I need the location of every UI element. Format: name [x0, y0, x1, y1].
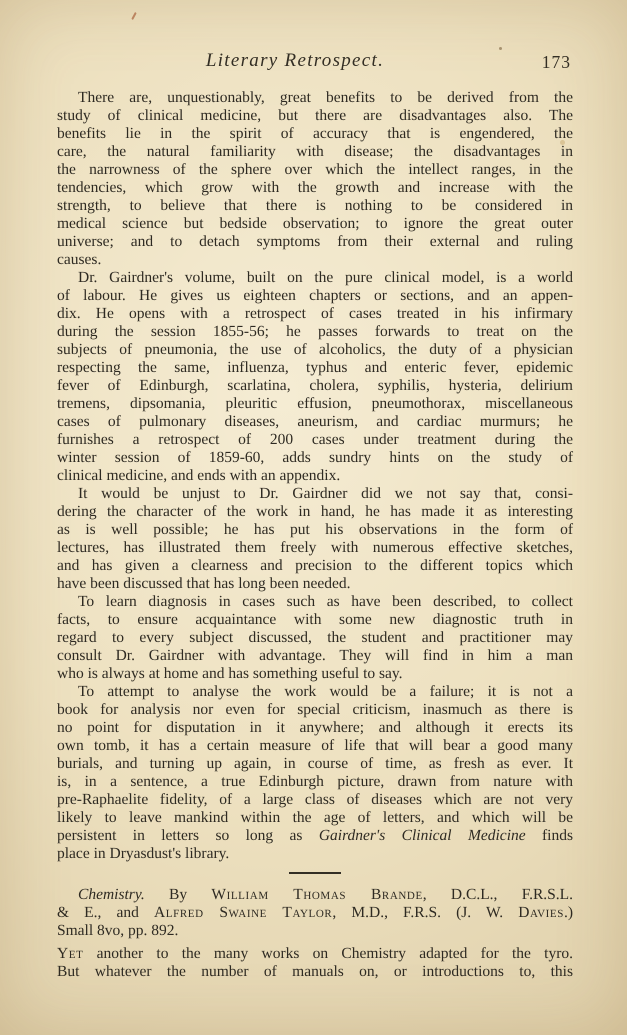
text-line: book for analysis nor even for special c… — [57, 701, 573, 719]
text-segment: causes. — [57, 251, 101, 268]
text-segment: study of clinical medicine, but there ar… — [57, 107, 573, 124]
text-line: as is well possible; he has put his obse… — [57, 521, 573, 539]
text-line: medical science but bedside observation;… — [57, 215, 573, 233]
text-line: universe; and to detach symptoms from th… — [57, 233, 573, 251]
text-line: & E., and Alfred Swaine Taylor, M.D., F.… — [57, 904, 573, 922]
text-segment: tendencies, which grow with the growth a… — [57, 179, 573, 196]
text-line: dix. He opens with a retrospect of cases… — [57, 305, 573, 323]
text-line: respecting the same, influenza, typhus a… — [57, 359, 573, 377]
text-line: Small 8vo, pp. 892. — [57, 922, 573, 940]
text-line: To attempt to analyse the work would be … — [57, 683, 573, 701]
text-segment: have been discussed that has long been n… — [57, 575, 351, 592]
text-segment: the narrowness of the sphere over which … — [57, 161, 573, 178]
text-line: strength, to believe that there is nothi… — [57, 197, 573, 215]
review-paragraph-volume-contents: Dr. Gairdner's volume, built on the pure… — [57, 269, 573, 485]
running-header-title: Literary Retrospect. — [57, 50, 533, 72]
smallcaps-text-segment: William Thomas Brande — [211, 886, 422, 903]
text-segment: facts, to ensure acquaintance with some … — [57, 611, 573, 628]
text-segment: pre-Raphaelite fidelity, of a large clas… — [57, 791, 573, 808]
text-line: winter session of 1859-60, adds sundry h… — [57, 449, 573, 467]
text-segment: regard to every subject discussed, the s… — [57, 629, 573, 646]
text-segment: persistent in letters so long as — [57, 827, 319, 844]
review-paragraph-appraisal: It would be unjust to Dr. Gairdner did w… — [57, 485, 573, 593]
text-line: likely to leave mankind within the age o… — [57, 809, 573, 827]
smallcaps-text-segment: Davies — [518, 904, 564, 921]
text-line: consult Dr. Gairdner with advantage. The… — [57, 647, 573, 665]
text-line: lectures, has illustrated them freely wi… — [57, 539, 573, 557]
text-segment: dering the character of the work in hand… — [57, 503, 573, 520]
smallcaps-text-segment: Alfred Swaine Taylor — [154, 904, 332, 921]
text-line: clinical medicine, and ends with an appe… — [57, 467, 573, 485]
text-segment: respecting the same, influenza, typhus a… — [57, 359, 573, 376]
text-line: regard to every subject discussed, the s… — [57, 629, 573, 647]
text-segment: .) — [564, 904, 573, 921]
review-paragraph-benefits: There are, unquestionably, great benefit… — [57, 89, 573, 269]
text-segment: fever of Edinburgh, scarlatina, cholera,… — [57, 377, 573, 394]
text-line: It would be unjust to Dr. Gairdner did w… — [57, 485, 573, 503]
text-line: who is always at home and has something … — [57, 665, 573, 683]
text-line: during the session 1855-56; he passes fo… — [57, 323, 573, 341]
paper-speck — [131, 12, 137, 20]
text-segment: burials, and turning up again, in course… — [57, 755, 573, 772]
text-segment: finds — [526, 827, 573, 844]
text-line: furnishes a retrospect of 200 cases unde… — [57, 431, 573, 449]
page-text-column: There are, unquestionably, great benefit… — [57, 89, 573, 981]
text-segment: , D.C.L., F.R.S.L. — [423, 886, 573, 903]
text-segment: subjects of pneumonia, the use of alcoho… — [57, 341, 573, 358]
text-line: pre-Raphaelite fidelity, of a large clas… — [57, 791, 573, 809]
italic-text-segment: Chemistry. — [78, 886, 145, 903]
text-segment: care, the natural familiarity with disea… — [57, 143, 573, 160]
text-segment: and has given a clearness and precision … — [57, 557, 573, 574]
text-segment: lectures, has illustrated them freely wi… — [57, 539, 573, 556]
text-line: study of clinical medicine, but there ar… — [57, 107, 573, 125]
text-line: Yet another to the many works on Chemist… — [57, 945, 573, 963]
text-segment: universe; and to detach symptoms from th… — [57, 233, 573, 250]
text-line: persistent in letters so long as Gairdne… — [57, 827, 573, 845]
text-segment: consult Dr. Gairdner with advantage. The… — [57, 647, 573, 664]
text-line: care, the natural familiarity with disea… — [57, 143, 573, 161]
scanned-book-page: Literary Retrospect. 173 There are, unqu… — [0, 0, 627, 1035]
text-segment: cases of pulmonary diseases, aneurism, a… — [57, 413, 573, 430]
text-segment: clinical medicine, and ends with an appe… — [57, 467, 340, 484]
review-paragraph-chemistry-opening: Yet another to the many works on Chemist… — [57, 945, 573, 981]
text-segment: during the session 1855-56; he passes fo… — [57, 323, 573, 340]
review-paragraph-recommendation: To learn diagnosis in cases such as have… — [57, 593, 573, 683]
text-segment: another to the many works on Chemistry a… — [83, 945, 573, 962]
text-line: Chemistry. By William Thomas Brande, D.C… — [57, 886, 573, 904]
text-segment: To learn diagnosis in cases such as have… — [78, 593, 573, 610]
text-segment: of labour. He gives us eighteen chapters… — [57, 287, 573, 304]
text-line: dering the character of the work in hand… — [57, 503, 573, 521]
text-segment: & E., and — [57, 904, 154, 921]
text-segment: Small 8vo, pp. 892. — [57, 922, 178, 939]
text-segment: But whatever the number of manuals on, o… — [57, 963, 573, 980]
text-line: cases of pulmonary diseases, aneurism, a… — [57, 413, 573, 431]
text-segment: dix. He opens with a retrospect of cases… — [57, 305, 573, 322]
text-line: subjects of pneumonia, the use of alcoho… — [57, 341, 573, 359]
text-line: no point for disputation in it anywhere;… — [57, 719, 573, 737]
text-line: place in Dryasdust's library. — [57, 845, 573, 863]
review-paragraph-conclusion: To attempt to analyse the work would be … — [57, 683, 573, 863]
text-segment: as is well possible; he has put his obse… — [57, 521, 573, 538]
text-segment: is, in a sentence, a true Edinburgh pict… — [57, 773, 573, 790]
text-segment: no point for disputation in it anywhere;… — [57, 719, 573, 736]
text-line: causes. — [57, 251, 573, 269]
text-segment: who is always at home and has something … — [57, 665, 403, 682]
text-line: have been discussed that has long been n… — [57, 575, 573, 593]
text-segment: To attempt to analyse the work would be … — [78, 683, 573, 700]
text-segment: furnishes a retrospect of 200 cases unde… — [57, 431, 573, 448]
text-line: To learn diagnosis in cases such as have… — [57, 593, 573, 611]
text-segment: tremens, dipsomania, pleuritic effusion,… — [57, 395, 573, 412]
running-header: Literary Retrospect. 173 — [57, 50, 573, 78]
text-line: is, in a sentence, a true Edinburgh pict… — [57, 773, 573, 791]
text-line: the narrowness of the sphere over which … — [57, 161, 573, 179]
text-line: burials, and turning up again, in course… — [57, 755, 573, 773]
text-segment: Dr. Gairdner's volume, built on the pure… — [78, 269, 573, 286]
text-segment: By — [145, 886, 212, 903]
text-segment: likely to leave mankind within the age o… — [57, 809, 573, 826]
text-line: But whatever the number of manuals on, o… — [57, 963, 573, 981]
text-line: benefits lie in the spirit of accuracy t… — [57, 125, 573, 143]
text-segment: It would be unjust to Dr. Gairdner did w… — [78, 485, 573, 502]
text-segment: medical science but bedside observation;… — [57, 215, 573, 232]
smallcaps-text-segment: Yet — [57, 945, 83, 962]
text-segment: place in Dryasdust's library. — [57, 845, 229, 862]
text-line: and has given a clearness and precision … — [57, 557, 573, 575]
section-divider-rule — [289, 872, 341, 874]
page-number: 173 — [542, 52, 571, 73]
italic-text-segment: Gairdner's Clinical Medicine — [319, 827, 526, 844]
book-citation-chemistry: Chemistry. By William Thomas Brande, D.C… — [57, 886, 573, 940]
text-segment: own tomb, it has a certain measure of li… — [57, 737, 573, 754]
text-segment: benefits lie in the spirit of accuracy t… — [57, 125, 573, 142]
text-line: facts, to ensure acquaintance with some … — [57, 611, 573, 629]
text-line: tremens, dipsomania, pleuritic effusion,… — [57, 395, 573, 413]
text-segment: book for analysis nor even for special c… — [57, 701, 573, 718]
text-segment: There are, unquestionably, great benefit… — [78, 89, 573, 106]
text-segment: winter session of 1859-60, adds sundry h… — [57, 449, 573, 466]
text-line: There are, unquestionably, great benefit… — [57, 89, 573, 107]
text-segment: , M.D., F.R.S. (J. W. — [332, 904, 518, 921]
text-line: tendencies, which grow with the growth a… — [57, 179, 573, 197]
text-segment: strength, to believe that there is nothi… — [57, 197, 573, 214]
text-line: fever of Edinburgh, scarlatina, cholera,… — [57, 377, 573, 395]
text-line: own tomb, it has a certain measure of li… — [57, 737, 573, 755]
text-line: of labour. He gives us eighteen chapters… — [57, 287, 573, 305]
text-line: Dr. Gairdner's volume, built on the pure… — [57, 269, 573, 287]
